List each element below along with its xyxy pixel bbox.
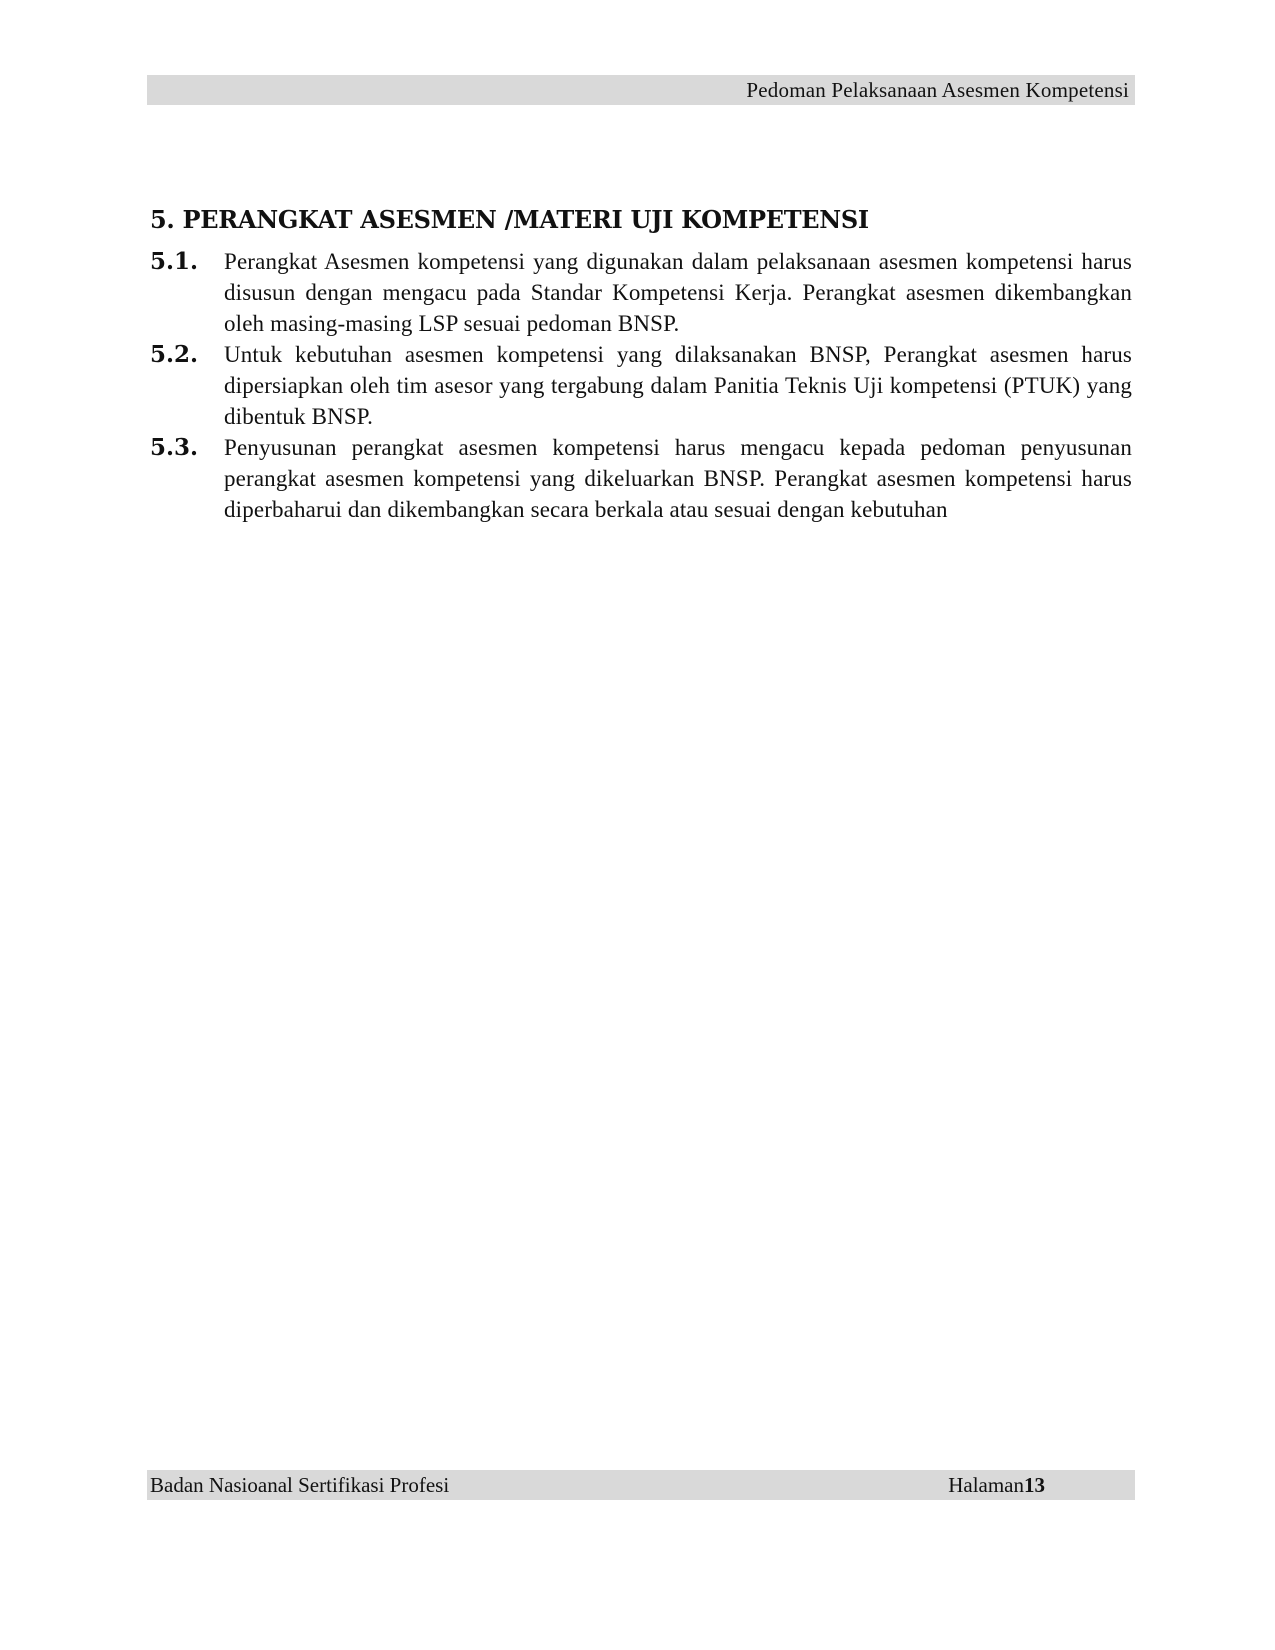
page-footer: Badan Nasioanal Sertifikasi Profesi Hala… <box>147 1470 1135 1500</box>
item-text: Perangkat Asesmen kompetensi yang diguna… <box>224 246 1132 339</box>
item-number: 5.2. <box>150 339 224 370</box>
item-number: 5.3. <box>150 432 224 463</box>
item-text: Penyusunan perangkat asesmen kompetensi … <box>224 432 1132 525</box>
list-item: 5.3. Penyusunan perangkat asesmen kompet… <box>150 432 1132 525</box>
page-label: Halaman <box>948 1473 1024 1497</box>
section-title: 5. PERANGKAT ASESMEN /MATERI UJI KOMPETE… <box>150 205 1132 234</box>
header-title: Pedoman Pelaksanaan Asesmen Kompetensi <box>746 78 1129 102</box>
item-text: Untuk kebutuhan asesmen kompetensi yang … <box>224 339 1132 432</box>
list-item: 5.1. Perangkat Asesmen kompetensi yang d… <box>150 246 1132 339</box>
section-content: 5. PERANGKAT ASESMEN /MATERI UJI KOMPETE… <box>150 205 1132 525</box>
page-number: 13 <box>1024 1473 1045 1497</box>
page-header: Pedoman Pelaksanaan Asesmen Kompetensi <box>147 75 1135 105</box>
footer-organization: Badan Nasioanal Sertifikasi Profesi <box>150 1470 449 1500</box>
item-number: 5.1. <box>150 246 224 277</box>
list-item: 5.2. Untuk kebutuhan asesmen kompetensi … <box>150 339 1132 432</box>
page-indicator: Halaman13 <box>948 1470 1045 1500</box>
